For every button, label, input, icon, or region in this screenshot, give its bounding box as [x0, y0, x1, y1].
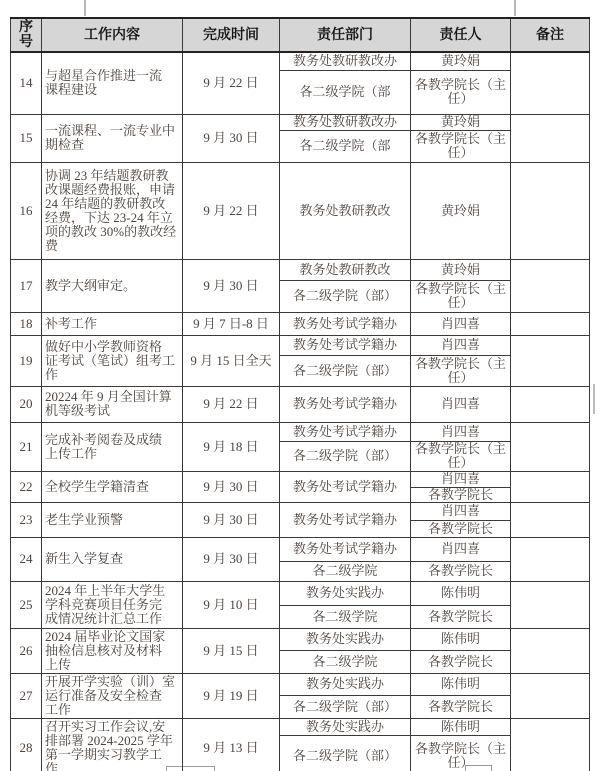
cell-dept: 各二级学院（部） [280, 441, 411, 471]
cell-note [511, 537, 590, 581]
cell-seq: 28 [11, 718, 42, 771]
cell-dept: 教务处考试学籍办 [280, 471, 411, 502]
header-person: 责任人 [411, 18, 511, 52]
cell-dept: 教务处教研教改 [280, 162, 411, 259]
cell-person: 陈伟明 [411, 628, 511, 651]
cell-content: 老生学业预警 [42, 502, 183, 537]
cell-person: 肖四喜 [411, 471, 511, 487]
cell-person: 各教学院长（主 任） [411, 130, 511, 162]
cell-note [511, 312, 590, 335]
cell-seq: 15 [11, 114, 42, 162]
cell-note [511, 581, 590, 628]
table-row: 15一流课程、一流专业中 期检查9 月 30 日教务处教研教改办黄玲娟 [11, 114, 590, 130]
cell-seq: 16 [11, 162, 42, 259]
cell-note [511, 502, 590, 537]
header-content: 工作内容 [42, 18, 183, 52]
cell-dept: 教务处实践办 [280, 718, 411, 736]
cell-dept: 各二级学院（部） [280, 355, 411, 386]
header-time: 完成时间 [183, 18, 280, 52]
table-row: 16协调 23 年结题教研教 改课题经费报账，申请 24 年结题的教研教改 经费… [11, 162, 590, 259]
cell-person: 肖四喜 [411, 422, 511, 441]
cell-dept: 教务处考试学籍办 [280, 537, 411, 561]
table-row: 262024 届毕业论文国家 抽检信息核对及材料 上传9 月 15 日教务处实践… [11, 628, 590, 651]
cell-dept: 教务处考试学籍办 [280, 335, 411, 355]
page-break-tick-left [84, 0, 86, 16]
cell-content: 召开实习工作会议,安 排部署 2024-2025 学年 第一学期实习教学工 作 [42, 718, 183, 771]
cell-note [511, 628, 590, 673]
cell-person: 肖四喜 [411, 502, 511, 520]
cell-content: 做好中小学教师资格 证考试（笔试）组考工 作 [42, 335, 183, 386]
cell-person: 各教学院长（主 任） [411, 355, 511, 386]
header-seq: 序 号 [11, 18, 42, 52]
cell-person: 各教学院长 [411, 561, 511, 581]
cell-time: 9 月 15 日全天 [183, 335, 280, 386]
cell-time: 9 月 13 日 [183, 718, 280, 771]
cell-seq: 23 [11, 502, 42, 537]
cell-content: 2024 届毕业论文国家 抽检信息核对及材料 上传 [42, 628, 183, 673]
table-row: 18补考工作9 月 7 日-8 日教务处考试学籍办肖四喜 [11, 312, 590, 335]
cell-content: 开展开学实验（训）室 运行准备及安全检查 工作 [42, 673, 183, 718]
cell-content: 一流课程、一流专业中 期检查 [42, 114, 183, 162]
cell-seq: 24 [11, 537, 42, 581]
cell-dept: 各二级学院（部） [280, 280, 411, 312]
cell-time: 9 月 30 日 [183, 471, 280, 502]
cell-seq: 22 [11, 471, 42, 502]
cell-content: 协调 23 年结题教研教 改课题经费报账，申请 24 年结题的教研教改 经费，下… [42, 162, 183, 259]
table-row: 24新生入学复查9 月 30 日教务处考试学籍办肖四喜 [11, 537, 590, 561]
cell-dept: 教务处实践办 [280, 628, 411, 651]
cell-dept: 各二级学院 [280, 651, 411, 674]
cell-person: 各教学院长 [411, 696, 511, 719]
cell-person: 肖四喜 [411, 386, 511, 422]
cell-time: 9 月 30 日 [183, 502, 280, 537]
cell-dept: 教务处教研教改办 [280, 52, 411, 70]
table-body: 14与超星合作推进一流 课程建设9 月 22 日教务处教研教改办黄玲娟各二级学院… [11, 52, 590, 771]
document-sheet: 序 号 工作内容 完成时间 责任部门 责任人 备注 14与超星合作推进一流 课程… [10, 17, 590, 771]
page-edge-artifact [593, 384, 595, 414]
cell-person: 黄玲娟 [411, 162, 511, 259]
cell-seq: 17 [11, 259, 42, 312]
cell-content: 全校学生学籍清查 [42, 471, 183, 502]
table-row: 2020224 年 9 月全国计算 机等级考试9 月 22 日教务处考试学籍办肖… [11, 386, 590, 422]
table-row: 21完成补考阅卷及成绩 上传工作9 月 18 日教务处考试学籍办肖四喜 [11, 422, 590, 441]
header-note: 备注 [511, 18, 590, 52]
header-dept: 责任部门 [280, 18, 411, 52]
cell-person: 各教学院长（主 任） [411, 280, 511, 312]
cell-person: 陈伟明 [411, 718, 511, 736]
cell-person: 陈伟明 [411, 581, 511, 605]
cell-person: 肖四喜 [411, 537, 511, 561]
cell-person: 陈伟明 [411, 673, 511, 696]
cell-time: 9 月 22 日 [183, 386, 280, 422]
cell-seq: 25 [11, 581, 42, 628]
cell-seq: 19 [11, 335, 42, 386]
cell-dept: 各二级学院（部） [280, 736, 411, 771]
cell-seq: 18 [11, 312, 42, 335]
cell-dept: 教务处考试学籍办 [280, 386, 411, 422]
cell-person: 各教学院长（主 任） [411, 70, 511, 114]
cell-person: 黄玲娟 [411, 259, 511, 280]
cell-dept: 教务处教研教改 [280, 259, 411, 280]
table-row: 27开展开学实验（训）室 运行准备及安全检查 工作9 月 19 日教务处实践办陈… [11, 673, 590, 696]
work-schedule-table: 序 号 工作内容 完成时间 责任部门 责任人 备注 14与超星合作推进一流 课程… [10, 17, 590, 771]
table-row: 22全校学生学籍清查9 月 30 日教务处考试学籍办肖四喜 [11, 471, 590, 487]
cell-content: 新生入学复查 [42, 537, 183, 581]
scanned-work-schedule-page: { "colors": { "header_bg": "#d6d6d6", "b… [0, 0, 600, 771]
cell-note [511, 114, 590, 162]
cell-note [511, 335, 590, 386]
table-row: 14与超星合作推进一流 课程建设9 月 22 日教务处教研教改办黄玲娟 [11, 52, 590, 70]
cell-time: 9 月 15 日 [183, 628, 280, 673]
cell-person: 黄玲娟 [411, 52, 511, 70]
cell-content: 补考工作 [42, 312, 183, 335]
cell-dept: 教务处实践办 [280, 581, 411, 605]
cell-note [511, 259, 590, 312]
cell-person: 各教学院长 [411, 520, 511, 537]
cell-time: 9 月 30 日 [183, 114, 280, 162]
cell-seq: 20 [11, 386, 42, 422]
cell-note [511, 386, 590, 422]
cell-seq: 14 [11, 52, 42, 114]
cell-note [511, 471, 590, 502]
cell-content: 2024 年上半年大学生 学科竞赛项目任务完 成情况统计汇总工作 [42, 581, 183, 628]
cell-person: 各教学院长（主 任） [411, 441, 511, 471]
cell-person: 各教学院长 [411, 487, 511, 502]
cell-person: 各教学院长（主 任） [411, 736, 511, 771]
cell-dept: 教务处考试学籍办 [280, 422, 411, 441]
cell-seq: 27 [11, 673, 42, 718]
cell-dept: 各二级学院（部 [280, 70, 411, 114]
cell-dept: 教务处实践办 [280, 673, 411, 696]
cell-person: 黄玲娟 [411, 114, 511, 130]
cell-time: 9 月 30 日 [183, 259, 280, 312]
table-row: 17教学大纲审定。9 月 30 日教务处教研教改黄玲娟 [11, 259, 590, 280]
cell-seq: 26 [11, 628, 42, 673]
table-row: 28召开实习工作会议,安 排部署 2024-2025 学年 第一学期实习教学工 … [11, 718, 590, 736]
cell-person: 肖四喜 [411, 335, 511, 355]
table-row: 19做好中小学教师资格 证考试（笔试）组考工 作9 月 15 日全天教务处考试学… [11, 335, 590, 355]
cell-time: 9 月 30 日 [183, 537, 280, 581]
cell-content: 与超星合作推进一流 课程建设 [42, 52, 183, 114]
table-row: 23老生学业预警9 月 30 日教务处考试学籍办肖四喜 [11, 502, 590, 520]
cell-dept: 教务处教研教改办 [280, 114, 411, 130]
cell-time: 9 月 19 日 [183, 673, 280, 718]
cell-note [511, 673, 590, 718]
page-break-tick-right [514, 0, 516, 16]
cell-person: 各教学院长 [411, 605, 511, 628]
cell-note [511, 422, 590, 471]
cell-content: 完成补考阅卷及成绩 上传工作 [42, 422, 183, 471]
cell-dept: 各二级学院 [280, 605, 411, 628]
cell-person: 各教学院长 [411, 651, 511, 674]
cell-dept: 各二级学院（部） [280, 696, 411, 719]
cell-time: 9 月 10 日 [183, 581, 280, 628]
cell-seq: 21 [11, 422, 42, 471]
cell-content: 20224 年 9 月全国计算 机等级考试 [42, 386, 183, 422]
cell-dept: 各二级学院（部 [280, 130, 411, 162]
cell-time: 9 月 7 日-8 日 [183, 312, 280, 335]
cell-note [511, 52, 590, 114]
cell-time: 9 月 22 日 [183, 162, 280, 259]
cell-dept: 各二级学院 [280, 561, 411, 581]
cell-dept: 教务处考试学籍办 [280, 312, 411, 335]
cell-note [511, 162, 590, 259]
cell-person: 肖四喜 [411, 312, 511, 335]
cell-note [511, 718, 590, 771]
cell-dept: 教务处考试学籍办 [280, 502, 411, 537]
table-row: 252024 年上半年大学生 学科竞赛项目任务完 成情况统计汇总工作9 月 10… [11, 581, 590, 605]
cell-content: 教学大纲审定。 [42, 259, 183, 312]
cell-time: 9 月 22 日 [183, 52, 280, 114]
table-header: 序 号 工作内容 完成时间 责任部门 责任人 备注 [11, 18, 590, 52]
cell-time: 9 月 18 日 [183, 422, 280, 471]
header-row: 序 号 工作内容 完成时间 责任部门 责任人 备注 [11, 18, 590, 52]
